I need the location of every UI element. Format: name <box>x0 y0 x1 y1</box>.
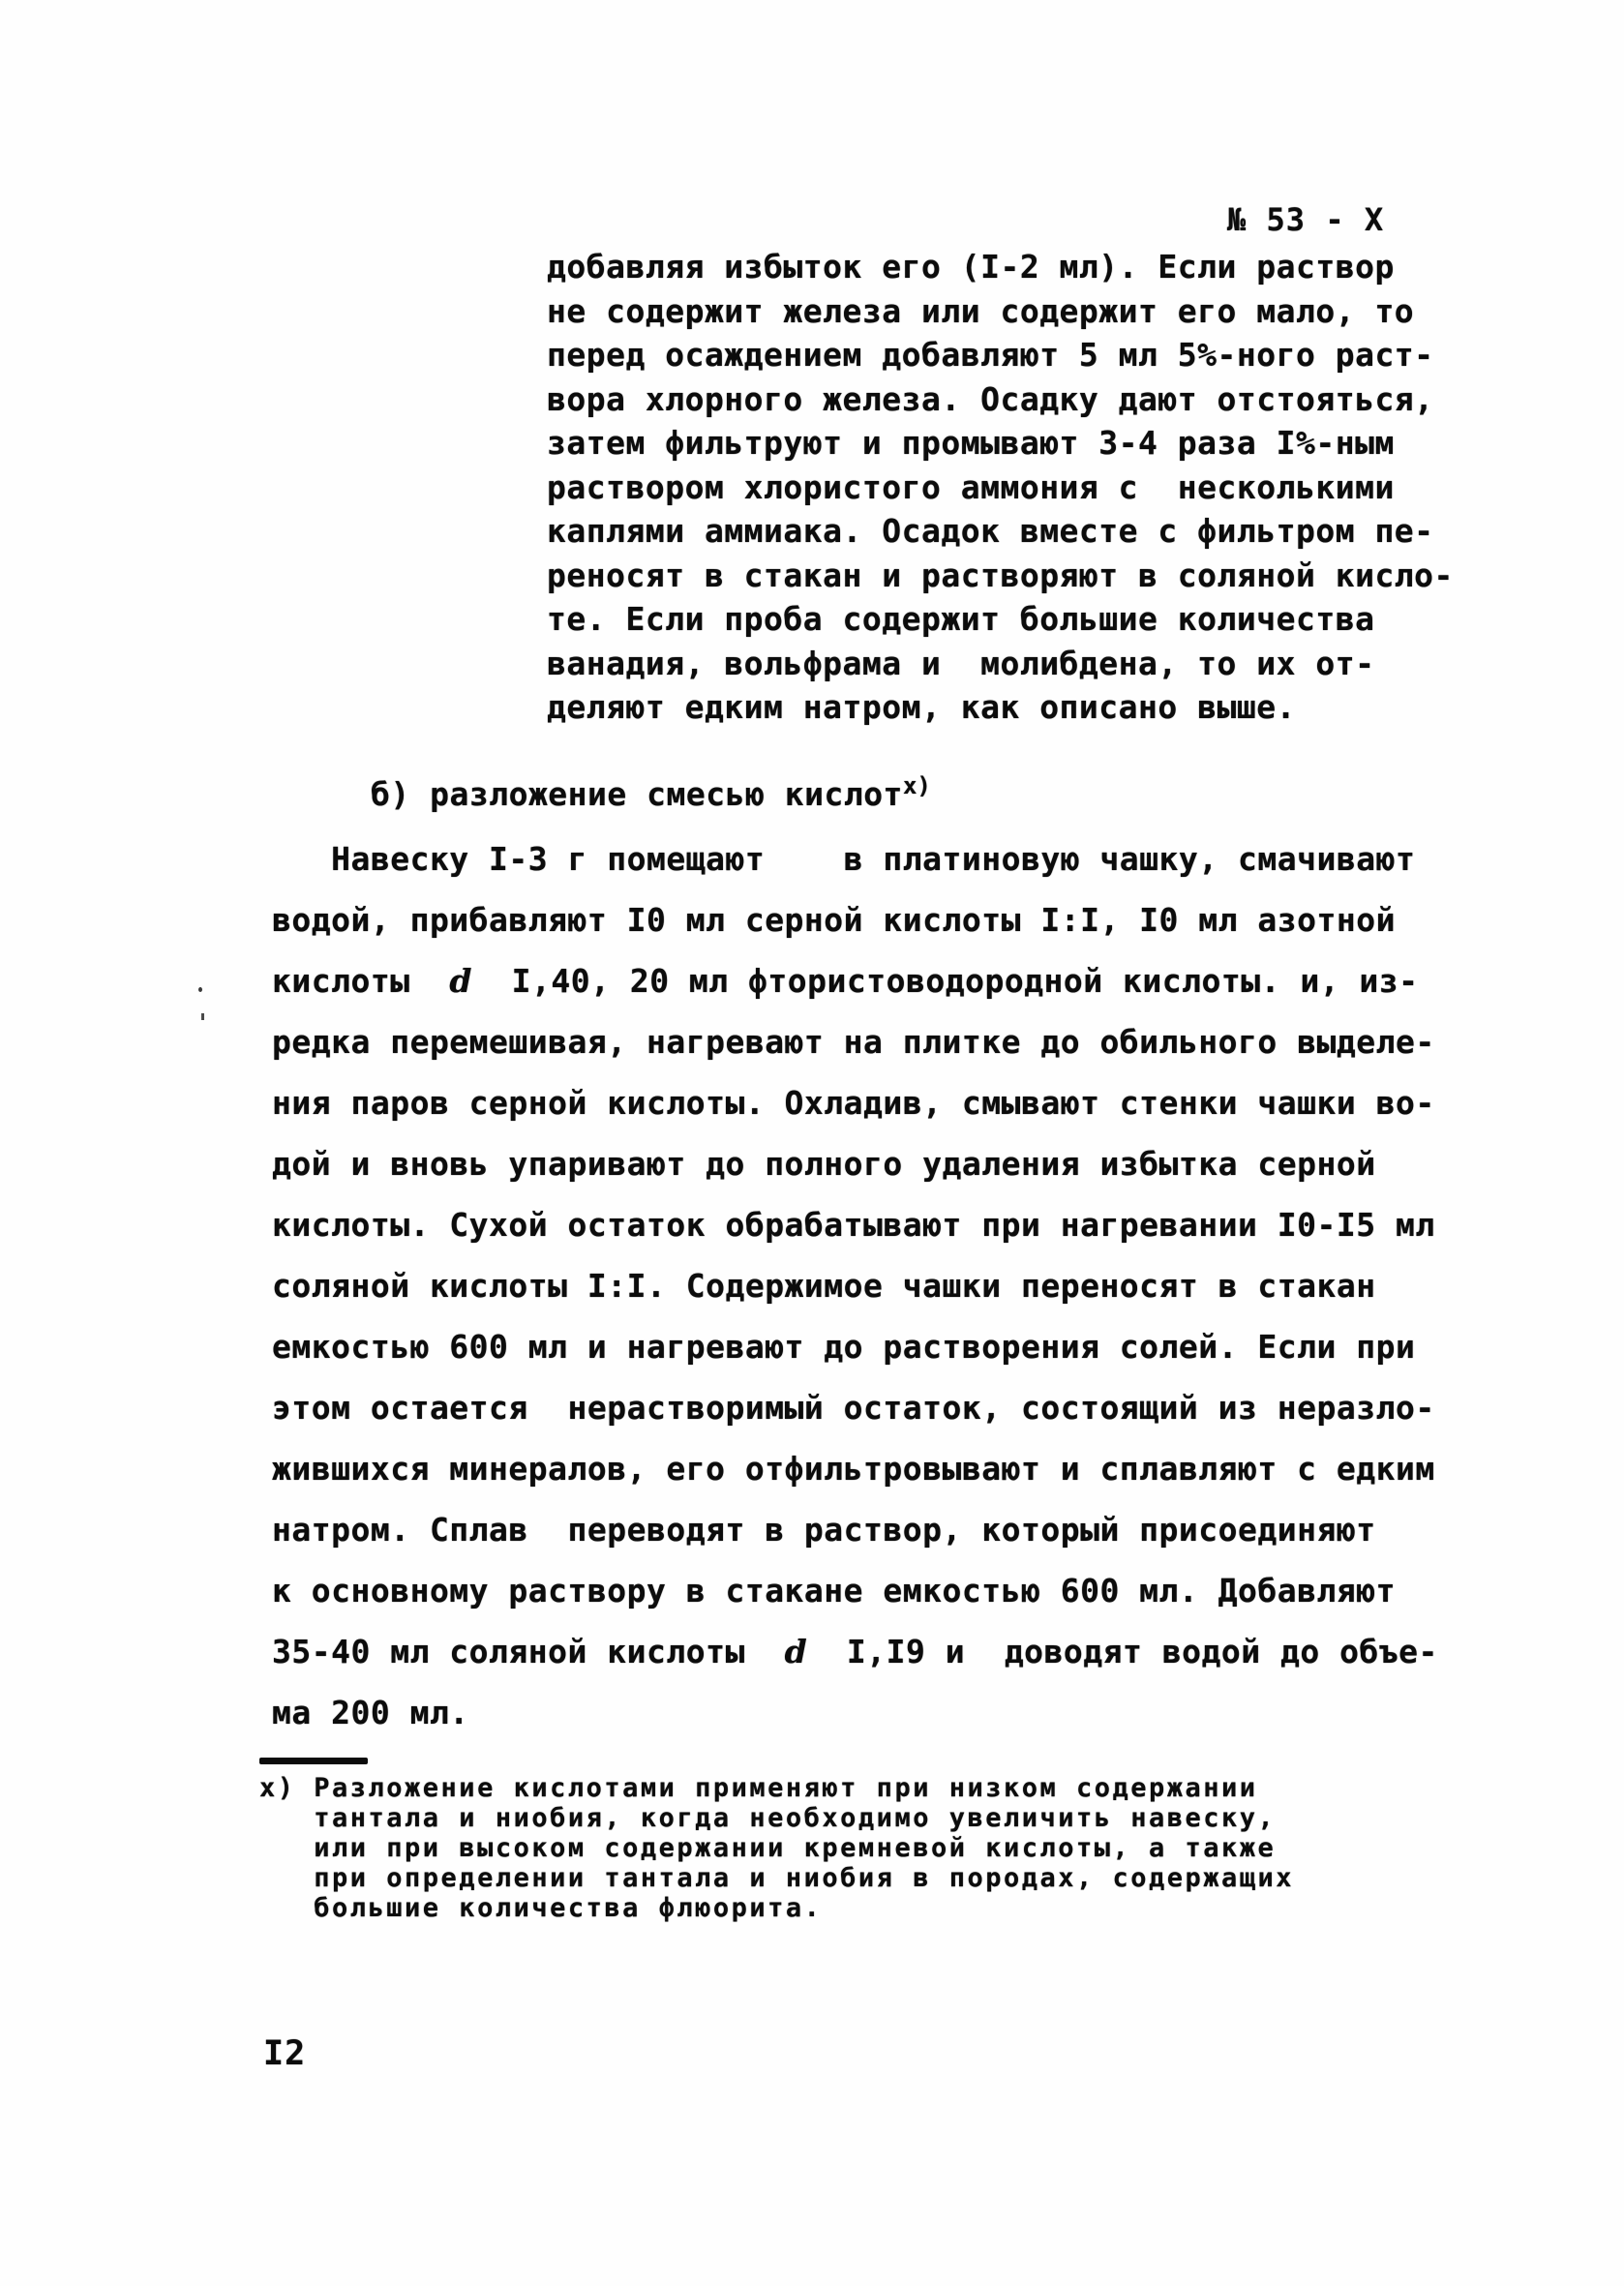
text-line: большие количества флюорита. <box>259 1893 1372 1923</box>
text-line: жившихся минералов, его отфильтровывают … <box>272 1438 1443 1499</box>
text-line: реносят в стакан и растворяют в соляной … <box>547 554 1447 598</box>
footnote-separator-rule <box>259 1758 368 1764</box>
text-line: соляной кислоты I:I. Содержимое чашки пе… <box>272 1255 1443 1316</box>
body-paragraph: Навеску I-3 г помещают в платиновую чашк… <box>272 828 1443 1743</box>
text-line: ма 200 мл. <box>272 1682 1443 1743</box>
scan-artifact-speck <box>201 1013 204 1020</box>
text-line: этом остается нерастворимый остаток, сос… <box>272 1377 1443 1438</box>
text-line: кислоты d I,40, 20 мл фтористоводородной… <box>272 950 1443 1011</box>
text-line: перед осаждением добавляют 5 мл 5%-ного … <box>547 333 1447 377</box>
text-line: вора хлорного железа. Осадку дают отстоя… <box>547 377 1447 422</box>
text-line: к основному раствору в стакане емкостью … <box>272 1560 1443 1621</box>
text-line: ванадия, вольфрама и молибдена, то их от… <box>547 642 1447 686</box>
text-line: кислоты. Сухой остаток обрабатывают при … <box>272 1194 1443 1255</box>
text-line: затем фильтруют и промывают 3-4 раза I%-… <box>547 421 1447 466</box>
text-line: ния паров серной кислоты. Охладив, смыва… <box>272 1072 1443 1133</box>
indented-continuation-block: добавляя избыток его (I-2 мл). Если раст… <box>547 245 1447 730</box>
text-line: х) Разложение кислотами применяют при ни… <box>259 1773 1372 1803</box>
text-line: натром. Сплав переводят в раствор, котор… <box>272 1499 1443 1560</box>
text-line: раствором хлористого аммония с нескольки… <box>547 466 1447 510</box>
section-heading: б) разложение смесью кислотх) <box>371 772 931 813</box>
section-heading-text: б) разложение смесью кислот <box>371 775 903 813</box>
text-line: дой и вновь упаривают до полного удалени… <box>272 1133 1443 1194</box>
text-line: те. Если проба содержит большие количест… <box>547 597 1447 642</box>
scan-artifact-speck <box>198 987 202 992</box>
footnote-reference-marker: х) <box>903 772 931 799</box>
text-line: не содержит железа или содержит его мало… <box>547 289 1447 334</box>
text-line: водой, прибавляют I0 мл серной кислоты I… <box>272 889 1443 950</box>
text-line: добавляя избыток его (I-2 мл). Если раст… <box>547 245 1447 289</box>
text-line: 35-40 мл соляной кислоты d I,I9 и доводя… <box>272 1621 1443 1682</box>
scanned-document-page: № 53 - X добавляя избыток его (I-2 мл). … <box>0 0 1624 2286</box>
text-line: при определении тантала и ниобия в пород… <box>259 1863 1372 1893</box>
text-line: деляют едким натром, как описано выше. <box>547 685 1447 730</box>
text-line: редка перемешивая, нагревают на плитке д… <box>272 1011 1443 1072</box>
text-line: емкостью 600 мл и нагревают до растворен… <box>272 1316 1443 1377</box>
text-line: Навеску I-3 г помещают в платиновую чашк… <box>272 828 1443 889</box>
text-line: или при высоком содержании кремневой кис… <box>259 1833 1372 1863</box>
text-line: каплями аммиака. Осадок вместе с фильтро… <box>547 509 1447 554</box>
footnote-block: х) Разложение кислотами применяют при ни… <box>259 1773 1372 1923</box>
page-number: I2 <box>263 2034 306 2073</box>
text-line: тантала и ниобия, когда необходимо увели… <box>259 1803 1372 1833</box>
doc-number-header: № 53 - X <box>1227 201 1384 238</box>
